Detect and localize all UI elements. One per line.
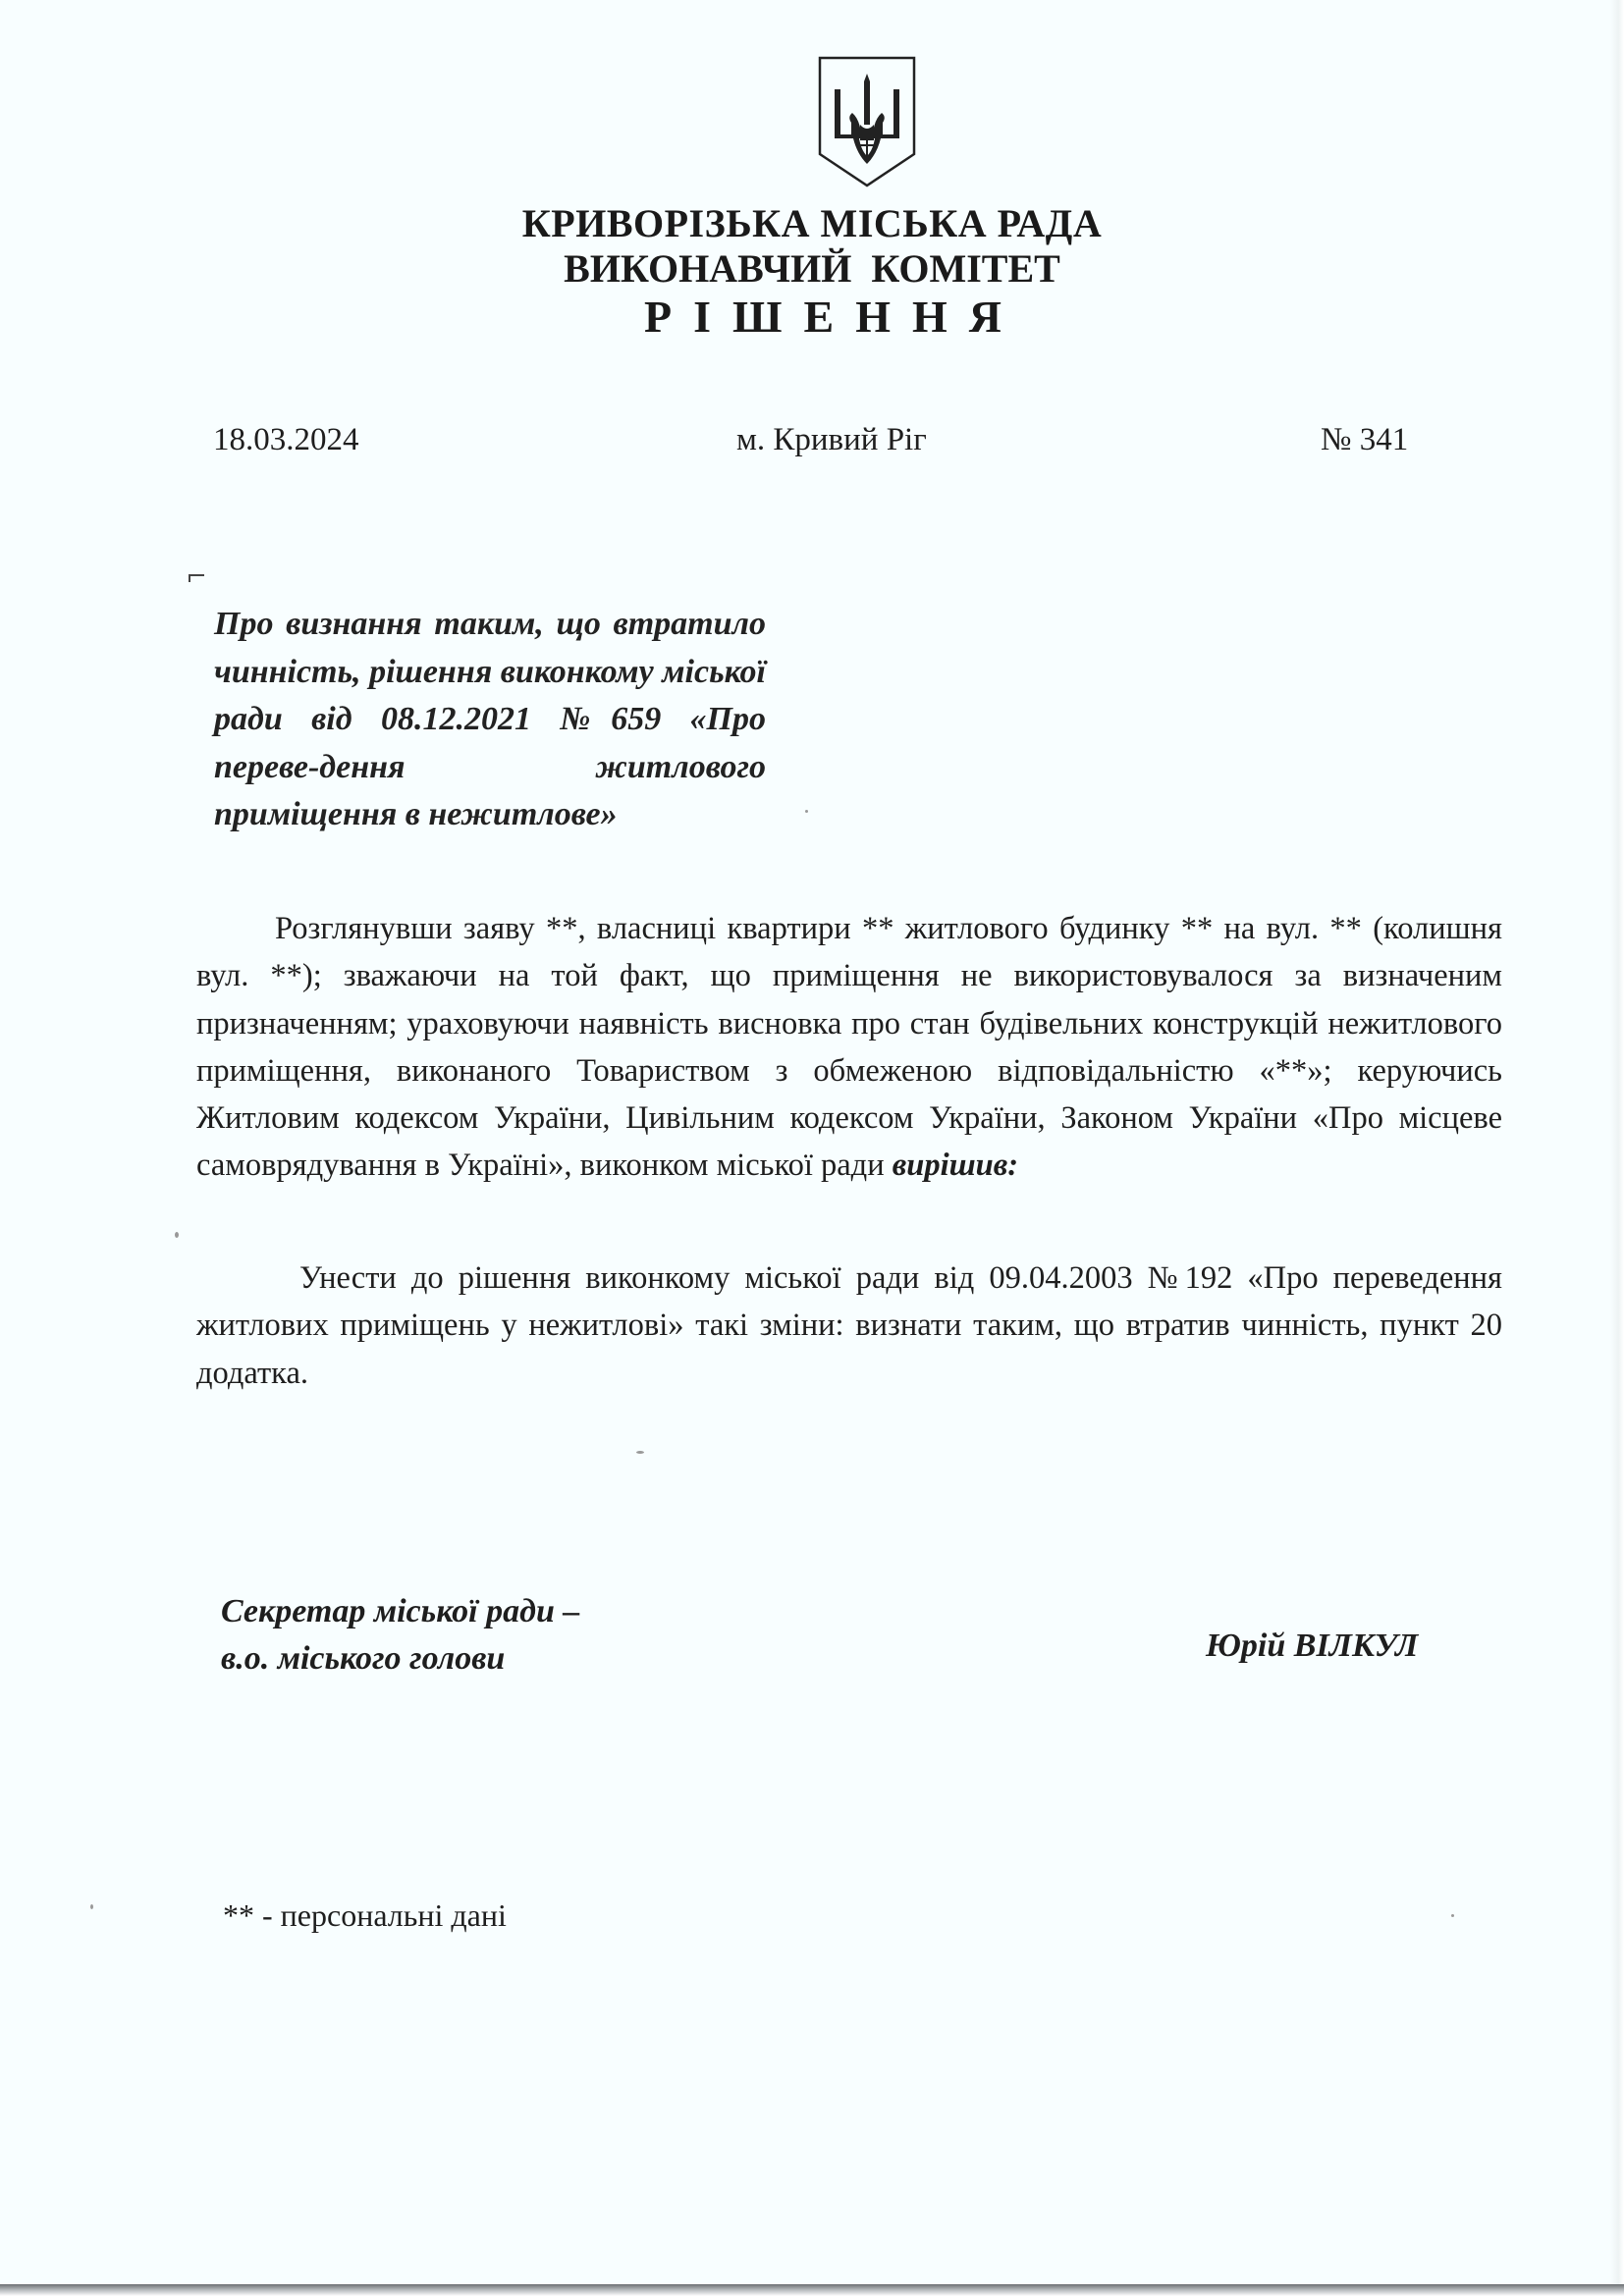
scan-speck xyxy=(805,810,808,813)
committee-name: ВИКОНАВЧИЙ КОМІТЕТ xyxy=(0,245,1624,292)
scan-speck xyxy=(175,1232,179,1238)
signatory-position-line1: Секретар міської ради – xyxy=(221,1588,579,1635)
council-name: КРИВОРІЗЬКА МІСЬКА РАДА xyxy=(0,200,1624,246)
signatory-position: Секретар міської ради – в.о. міського го… xyxy=(221,1588,579,1682)
signatory-name: Юрій ВІЛКУЛ xyxy=(1206,1628,1418,1665)
document-type-title: РІШЕННЯ xyxy=(0,291,1624,343)
operative-paragraph: Унести до рішення виконкому міської ради… xyxy=(196,1255,1502,1397)
decision-date: 18.03.2024 xyxy=(213,422,359,458)
scan-speck xyxy=(1451,1914,1454,1917)
scan-speck xyxy=(636,1451,644,1454)
decision-city: м. Кривий Ріг xyxy=(736,422,927,458)
scan-edge-right xyxy=(1610,0,1624,2296)
decision-word: вирішив: xyxy=(893,1148,1018,1183)
preamble-text: Розглянувши заяву **, власниці квартири … xyxy=(196,911,1502,1183)
decision-number: № 341 xyxy=(1321,422,1408,458)
preamble-paragraph: Розглянувши заяву **, власниці квартири … xyxy=(196,905,1502,1190)
signatory-position-line2: в.о. міського голови xyxy=(221,1635,579,1682)
scan-speck xyxy=(90,1904,93,1909)
footnote: ** - персональні дані xyxy=(223,1897,507,1934)
scan-edge-bottom xyxy=(0,2284,1624,2296)
coat-of-arms-icon xyxy=(818,56,916,187)
corner-mark xyxy=(189,574,204,582)
decision-subject: Про визнання таким, що втратило чинність… xyxy=(214,601,766,839)
